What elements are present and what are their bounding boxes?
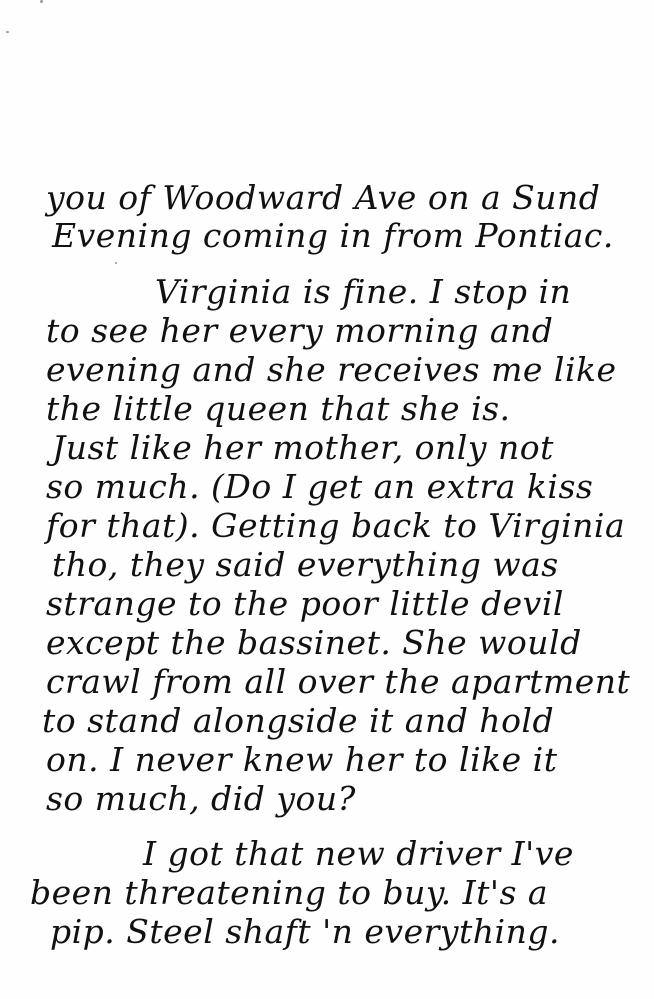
letter-line-4: to see her every morning and [46, 311, 553, 350]
letter-line-3: Virginia is fine. I stop in [155, 272, 571, 311]
scan-speck [40, 0, 43, 3]
letter-line-19: pip. Steel shaft 'n everything. [50, 912, 560, 951]
letter-line-12: except the bassinet. She would [46, 623, 582, 662]
letter-line-5: evening and she receives me like [46, 350, 617, 389]
letter-line-1: you of Woodward Ave on a Sund [46, 178, 600, 217]
letter-line-13: crawl from all over the apartment [46, 662, 630, 701]
letter-line-14: to stand alongside it and hold [42, 701, 554, 740]
letter-page: you of Woodward Ave on a Sund Evening co… [0, 0, 654, 999]
letter-line-8: so much. (Do I get an extra kiss [46, 467, 593, 506]
letter-line-17: I got that new driver I've [143, 834, 574, 873]
scan-speck [115, 262, 117, 264]
letter-line-2: Evening coming in from Pontiac. [52, 216, 614, 255]
letter-line-6: the little queen that she is. [46, 389, 511, 428]
letter-line-10: tho, they said everything was [52, 545, 559, 584]
letter-line-11: strange to the poor little devil [46, 584, 564, 623]
letter-line-7: Just like her mother, only not [52, 428, 554, 467]
letter-line-15: on. I never knew her to like it [46, 740, 557, 779]
letter-line-16: so much, did you? [46, 779, 356, 818]
scan-speck [6, 31, 9, 33]
letter-line-9: for that). Getting back to Virginia [46, 506, 625, 545]
letter-line-18: been threatening to buy. It's a [30, 873, 548, 912]
